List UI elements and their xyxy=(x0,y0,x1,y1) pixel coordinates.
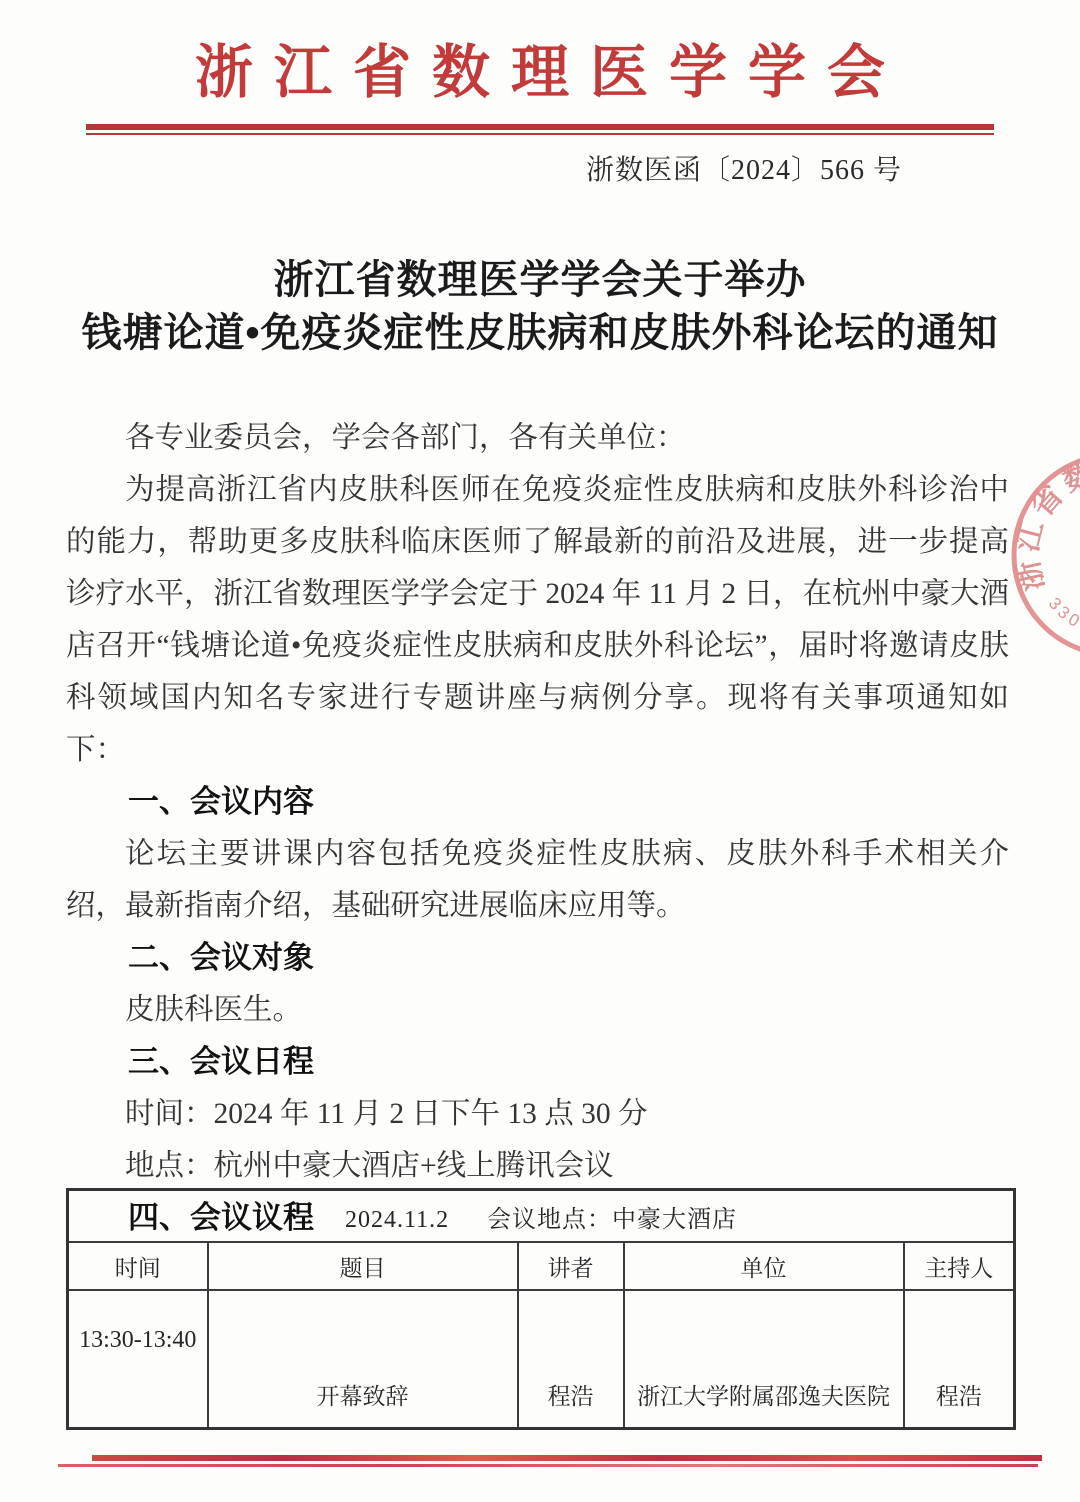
agenda-date: 2024.11.2 xyxy=(345,1207,449,1233)
seal-arc-text-wrap: 浙江省数 xyxy=(1011,454,1080,594)
seal-serial-number: 330 xyxy=(1045,594,1080,633)
bottom-red-line xyxy=(92,1455,1042,1461)
col-header-topic: 题目 xyxy=(208,1242,518,1290)
bottom-red-line-thin xyxy=(58,1464,1038,1467)
col-header-host: 主持人 xyxy=(904,1242,1015,1290)
cell-speaker: 程浩 xyxy=(518,1290,624,1429)
col-header-time: 时间 xyxy=(68,1242,208,1290)
agenda-caption-cell: 2024.11.2会议地点：中豪大酒店 xyxy=(68,1190,1015,1243)
letterhead-divider xyxy=(86,124,994,135)
section-2-heading: 二、会议对象 xyxy=(66,932,1009,984)
section-3-heading: 三、会议日程 xyxy=(66,1036,1009,1088)
notice-body: 各专业委员会，学会各部门，各有关单位： 为提高浙江省内皮肤科医师在免疫炎症性皮肤… xyxy=(66,412,1009,1244)
notice-title-line2: 钱塘论道•免疫炎症性皮肤病和皮肤外科论坛的通知 xyxy=(0,307,1080,360)
official-seal-stamp: 浙江省数 330 xyxy=(990,430,1080,730)
letterhead-org-name: 浙江省数理医学学会 xyxy=(0,38,1080,108)
notice-title: 浙江省数理医学学会关于举办 钱塘论道•免疫炎症性皮肤病和皮肤外科论坛的通知 xyxy=(0,254,1080,360)
cell-affiliation: 浙江大学附属邵逸夫医院 xyxy=(624,1290,904,1429)
section-1-heading: 一、会议内容 xyxy=(66,776,1009,828)
section-1-text: 论坛主要讲课内容包括免疫炎症性皮肤病、皮肤外科手术相关介绍，最新指南介绍，基础研… xyxy=(66,828,1009,932)
notice-title-line1: 浙江省数理医学学会关于举办 xyxy=(0,254,1080,307)
cell-topic: 开幕致辞 xyxy=(208,1290,518,1429)
col-header-affiliation: 单位 xyxy=(624,1242,904,1290)
schedule-time-line: 时间：2024 年 11 月 2 日下午 13 点 30 分 xyxy=(66,1088,1009,1140)
document-page: 浙江省数理医学学会 浙数医函〔2024〕566 号 浙江省数理医学学会关于举办 … xyxy=(0,0,1080,1502)
agenda-caption-row: 2024.11.2会议地点：中豪大酒店 xyxy=(68,1190,1015,1243)
cell-time: 13:30-13:40 xyxy=(68,1290,208,1429)
agenda-table: 2024.11.2会议地点：中豪大酒店 时间 题目 讲者 单位 主持人 13:3… xyxy=(66,1188,1016,1430)
doc-number: 浙数医函〔2024〕566 号 xyxy=(586,154,902,188)
schedule-venue-line: 地点：杭州中豪大酒店+线上腾讯会议 xyxy=(66,1140,1009,1192)
agenda-row: 13:30-13:40 开幕致辞 程浩 浙江大学附属邵逸夫医院 程浩 xyxy=(68,1290,1015,1429)
agenda-header-row: 时间 题目 讲者 单位 主持人 xyxy=(68,1242,1015,1290)
col-header-speaker: 讲者 xyxy=(518,1242,624,1290)
cell-host: 程浩 xyxy=(904,1290,1015,1429)
intro-paragraph: 为提高浙江省内皮肤科医师在免疫炎症性皮肤病和皮肤外科诊治中的能力，帮助更多皮肤科… xyxy=(66,464,1009,776)
section-2-text: 皮肤科医生。 xyxy=(66,984,1009,1036)
agenda-venue: 会议地点：中豪大酒店 xyxy=(487,1207,737,1233)
salutation: 各专业委员会，学会各部门，各有关单位： xyxy=(66,412,1009,464)
seal-serial-wrap: 330 xyxy=(1045,594,1080,633)
seal-arc-text: 浙江省数 xyxy=(1011,454,1080,594)
